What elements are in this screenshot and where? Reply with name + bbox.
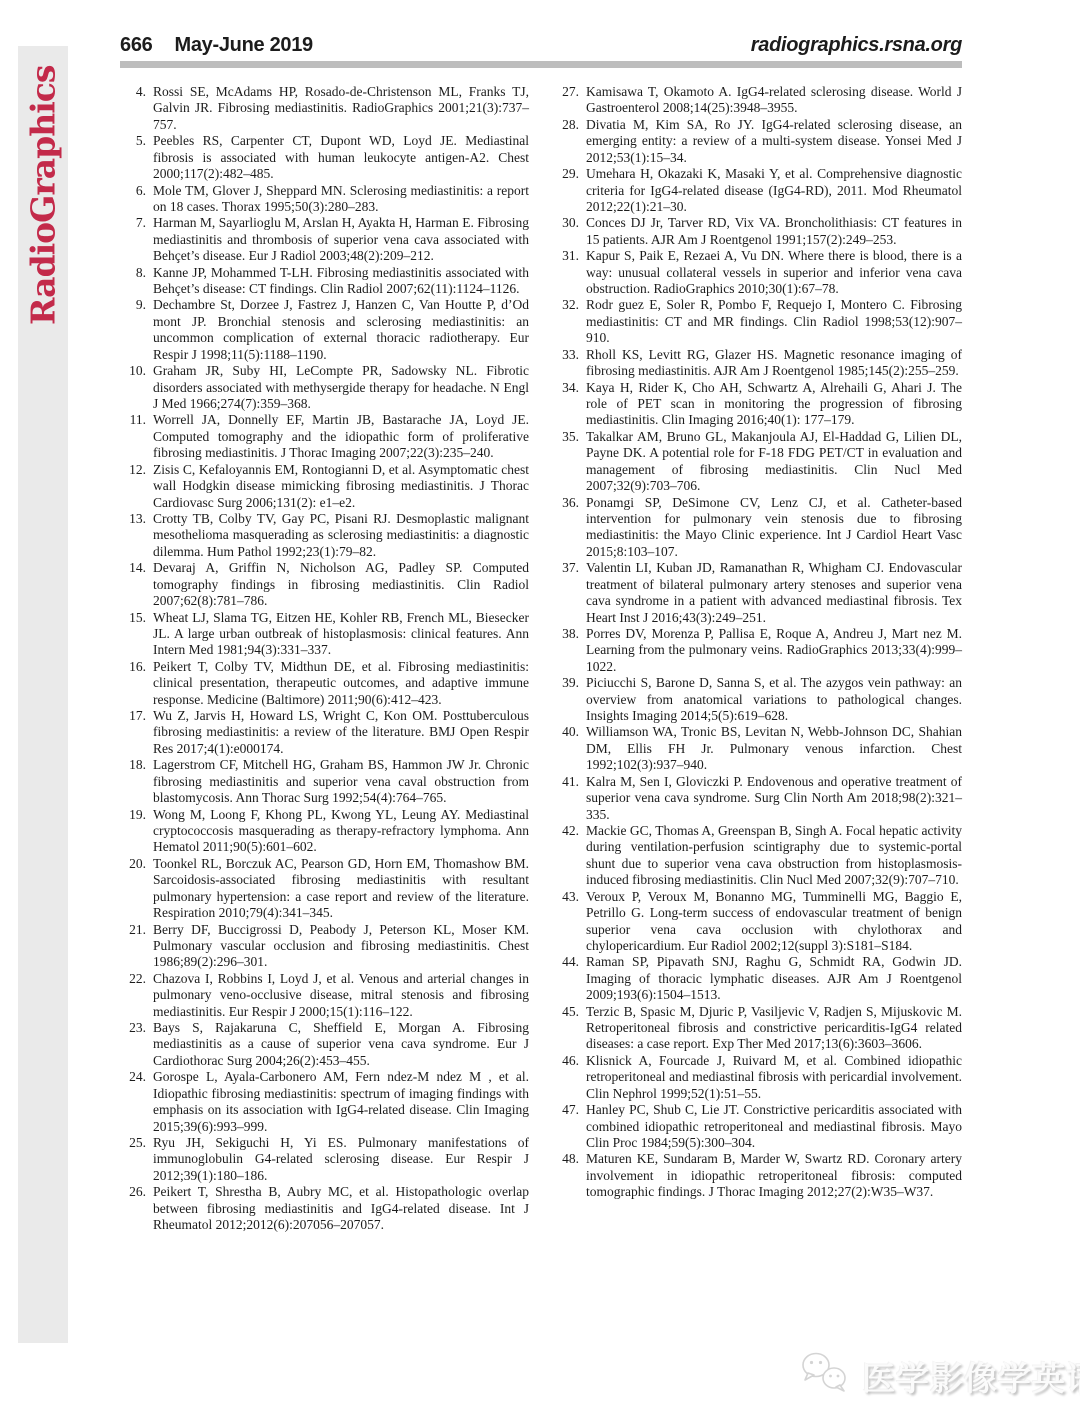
reference-number: 48. [553, 1151, 579, 1167]
reference-number: 34. [553, 380, 579, 396]
reference-number: 40. [553, 724, 579, 740]
reference-number: 10. [120, 363, 146, 379]
reference-text: Ryu JH, Sekiguchi H, Yi ES. Pulmonary ma… [153, 1135, 529, 1183]
reference-number: 7. [120, 215, 146, 231]
journal-website: radiographics.rsna.org [751, 34, 962, 56]
reference-number: 24. [120, 1069, 146, 1085]
reference-text: Peebles RS, Carpenter CT, Dupont WD, Loy… [153, 133, 529, 181]
reference-item: 8. Kanne JP, Mohammed T-LH. Fibrosing me… [120, 265, 529, 298]
reference-text: Peikert T, Shrestha B, Aubry MC, et al. … [153, 1184, 529, 1232]
reference-text: Kamisawa T, Okamoto A. IgG4-related scle… [586, 84, 962, 115]
reference-text: Valentin LI, Kuban JD, Ramanathan R, Whi… [586, 560, 962, 624]
reference-item: 34. Kaya H, Rider K, Cho AH, Schwartz A,… [553, 380, 962, 429]
page-header: 666May-June 2019 radiographics.rsna.org [120, 34, 962, 68]
reference-text: Veroux P, Veroux M, Bonanno MG, Tumminel… [586, 889, 962, 953]
reference-number: 44. [553, 954, 579, 970]
reference-list: 4. Rossi SE, McAdams HP, Rosado-de-Chris… [120, 84, 962, 1234]
reference-item: 47. Hanley PC, Shub C, Lie JT. Constrict… [553, 1102, 962, 1151]
reference-item: 46. Klisnick A, Fourcade J, Ruivard M, e… [553, 1053, 962, 1102]
reference-item: 28. Divatia M, Kim SA, Ro JY. IgG4-relat… [553, 117, 962, 166]
reference-text: Terzic B, Spasic M, Djuric P, Vasiljevic… [586, 1004, 962, 1052]
reference-text: Graham JR, Suby HI, LeCompte PR, Sadowsk… [153, 363, 529, 411]
reference-number: 6. [120, 183, 146, 199]
journal-logo: RadioGraphics [18, 70, 68, 320]
reference-number: 22. [120, 971, 146, 987]
reference-number: 15. [120, 610, 146, 626]
reference-number: 32. [553, 297, 579, 313]
reference-item: 11. Worrell JA, Donnelly EF, Martin JB, … [120, 412, 529, 461]
reference-item: 9. Dechambre St, Dorzee J, Fastrez J, Ha… [120, 297, 529, 363]
reference-text: Rholl KS, Levitt RG, Glazer HS. Magnetic… [586, 347, 962, 378]
reference-text: Berry DF, Buccigrossi D, Peabody J, Pete… [153, 922, 529, 970]
reference-number: 43. [553, 889, 579, 905]
page-number: 666 [120, 34, 152, 56]
reference-text: Umehara H, Okazaki K, Masaki Y, et al. C… [586, 166, 962, 214]
reference-number: 26. [120, 1184, 146, 1200]
reference-text: Rodr guez E, Soler R, Pombo F, Requejo I… [586, 297, 962, 345]
reference-number: 35. [553, 429, 579, 445]
reference-text: Klisnick A, Fourcade J, Ruivard M, et al… [586, 1053, 962, 1101]
reference-number: 13. [120, 511, 146, 527]
reference-number: 16. [120, 659, 146, 675]
reference-number: 14. [120, 560, 146, 576]
reference-item: 27. Kamisawa T, Okamoto A. IgG4-related … [553, 84, 962, 117]
reference-item: 20. Toonkel RL, Borczuk AC, Pearson GD, … [120, 856, 529, 922]
reference-item: 22. Chazova I, Robbins I, Loyd J, et al.… [120, 971, 529, 1020]
reference-text: Kapur S, Paik E, Rezaei A, Vu DN. Where … [586, 248, 962, 296]
reference-item: 45. Terzic B, Spasic M, Djuric P, Vasilj… [553, 1004, 962, 1053]
reference-item: 26. Peikert T, Shrestha B, Aubry MC, et … [120, 1184, 529, 1233]
reference-item: 10. Graham JR, Suby HI, LeCompte PR, Sad… [120, 363, 529, 412]
reference-item: 43. Veroux P, Veroux M, Bonanno MG, Tumm… [553, 889, 962, 955]
reference-number: 37. [553, 560, 579, 576]
reference-text: Harman M, Sayarlioglu M, Arslan H, Ayakt… [153, 215, 529, 263]
reference-text: Rossi SE, McAdams HP, Rosado-de-Christen… [153, 84, 529, 132]
reference-item: 16. Peikert T, Colby TV, Midthun DE, et … [120, 659, 529, 708]
reference-item: 7. Harman M, Sayarlioglu M, Arslan H, Ay… [120, 215, 529, 264]
reference-number: 29. [553, 166, 579, 182]
reference-number: 39. [553, 675, 579, 691]
reference-item: 18. Lagerstrom CF, Mitchell HG, Graham B… [120, 757, 529, 806]
reference-text: Bays S, Rajakaruna C, Sheffield E, Morga… [153, 1020, 529, 1068]
reference-text: Dechambre St, Dorzee J, Fastrez J, Hanze… [153, 297, 529, 361]
reference-text: Kaya H, Rider K, Cho AH, Schwartz A, Alr… [586, 380, 962, 428]
reference-number: 41. [553, 774, 579, 790]
reference-item: 29. Umehara H, Okazaki K, Masaki Y, et a… [553, 166, 962, 215]
reference-text: Mole TM, Glover J, Sheppard MN. Sclerosi… [153, 183, 529, 214]
watermark: 医学影像学英语 [800, 1348, 1062, 1404]
reference-number: 18. [120, 757, 146, 773]
reference-number: 36. [553, 495, 579, 511]
reference-number: 21. [120, 922, 146, 938]
reference-number: 47. [553, 1102, 579, 1118]
reference-number: 23. [120, 1020, 146, 1036]
reference-text: Zisis C, Kefaloyannis EM, Rontogianni D,… [153, 462, 529, 510]
wechat-icon [800, 1351, 854, 1402]
reference-item: 39. Piciucchi S, Barone D, Sanna S, et a… [553, 675, 962, 724]
reference-text: Williamson WA, Tronic BS, Levitan N, Web… [586, 724, 962, 772]
reference-number: 12. [120, 462, 146, 478]
reference-number: 11. [120, 412, 146, 428]
reference-item: 31. Kapur S, Paik E, Rezaei A, Vu DN. Wh… [553, 248, 962, 297]
reference-item: 13. Crotty TB, Colby TV, Gay PC, Pisani … [120, 511, 529, 560]
reference-text: Toonkel RL, Borczuk AC, Pearson GD, Horn… [153, 856, 529, 920]
reference-item: 36. Ponamgi SP, DeSimone CV, Lenz CJ, et… [553, 495, 962, 561]
reference-number: 17. [120, 708, 146, 724]
reference-text: Divatia M, Kim SA, Ro JY. IgG4-related s… [586, 117, 962, 165]
reference-number: 33. [553, 347, 579, 363]
reference-item: 30. Conces DJ Jr, Tarver RD, Vix VA. Bro… [553, 215, 962, 248]
reference-number: 27. [553, 84, 579, 100]
reference-number: 45. [553, 1004, 579, 1020]
reference-text: Maturen KE, Sundaram B, Marder W, Swartz… [586, 1151, 962, 1199]
reference-item: 44. Raman SP, Pipavath SNJ, Raghu G, Sch… [553, 954, 962, 1003]
reference-number: 28. [553, 117, 579, 133]
reference-text: Raman SP, Pipavath SNJ, Raghu G, Schmidt… [586, 954, 962, 1002]
reference-number: 38. [553, 626, 579, 642]
reference-text: Chazova I, Robbins I, Loyd J, et al. Ven… [153, 971, 529, 1019]
reference-item: 32. Rodr guez E, Soler R, Pombo F, Reque… [553, 297, 962, 346]
watermark-text: 医学影像学英语 [862, 1353, 1080, 1400]
reference-text: Takalkar AM, Bruno GL, Makanjoula AJ, El… [586, 429, 962, 493]
reference-column-left: 4. Rossi SE, McAdams HP, Rosado-de-Chris… [120, 84, 529, 1234]
reference-column-right: 27. Kamisawa T, Okamoto A. IgG4-related … [553, 84, 962, 1234]
reference-number: 30. [553, 215, 579, 231]
reference-number: 20. [120, 856, 146, 872]
reference-item: 21. Berry DF, Buccigrossi D, Peabody J, … [120, 922, 529, 971]
reference-number: 46. [553, 1053, 579, 1069]
reference-text: Mackie GC, Thomas A, Greenspan B, Singh … [586, 823, 962, 887]
reference-number: 25. [120, 1135, 146, 1151]
reference-text: Crotty TB, Colby TV, Gay PC, Pisani RJ. … [153, 511, 529, 559]
reference-number: 4. [120, 84, 146, 100]
reference-number: 19. [120, 807, 146, 823]
reference-item: 12. Zisis C, Kefaloyannis EM, Rontogiann… [120, 462, 529, 511]
reference-item: 6. Mole TM, Glover J, Sheppard MN. Scler… [120, 183, 529, 216]
reference-item: 24. Gorospe L, Ayala-Carbonero AM, Fern … [120, 1069, 529, 1135]
reference-text: Kalra M, Sen I, Gloviczki P. Endovenous … [586, 774, 962, 822]
reference-item: 4. Rossi SE, McAdams HP, Rosado-de-Chris… [120, 84, 529, 133]
reference-text: Conces DJ Jr, Tarver RD, Vix VA. Broncho… [586, 215, 962, 246]
reference-text: Wu Z, Jarvis H, Howard LS, Wright C, Kon… [153, 708, 529, 756]
reference-text: Peikert T, Colby TV, Midthun DE, et al. … [153, 659, 529, 707]
reference-item: 25. Ryu JH, Sekiguchi H, Yi ES. Pulmonar… [120, 1135, 529, 1184]
reference-item: 33. Rholl KS, Levitt RG, Glazer HS. Magn… [553, 347, 962, 380]
issue-date: May-June 2019 [174, 34, 312, 56]
reference-item: 42. Mackie GC, Thomas A, Greenspan B, Si… [553, 823, 962, 889]
reference-item: 15. Wheat LJ, Slama TG, Eitzen HE, Kohle… [120, 610, 529, 659]
folio: 666May-June 2019 [120, 34, 313, 56]
reference-item: 14. Devaraj A, Griffin N, Nicholson AG, … [120, 560, 529, 609]
reference-item: 35. Takalkar AM, Bruno GL, Makanjoula AJ… [553, 429, 962, 495]
reference-text: Gorospe L, Ayala-Carbonero AM, Fern ndez… [153, 1069, 529, 1133]
reference-number: 31. [553, 248, 579, 264]
reference-item: 41. Kalra M, Sen I, Gloviczki P. Endoven… [553, 774, 962, 823]
reference-text: Wheat LJ, Slama TG, Eitzen HE, Kohler RB… [153, 610, 529, 658]
reference-number: 8. [120, 265, 146, 281]
reference-text: Hanley PC, Shub C, Lie JT. Constrictive … [586, 1102, 962, 1150]
reference-number: 5. [120, 133, 146, 149]
reference-number: 9. [120, 297, 146, 313]
header-rule [120, 61, 962, 68]
reference-item: 19. Wong M, Loong F, Khong PL, Kwong YL,… [120, 807, 529, 856]
reference-item: 37. Valentin LI, Kuban JD, Ramanathan R,… [553, 560, 962, 626]
reference-text: Worrell JA, Donnelly EF, Martin JB, Bast… [153, 412, 529, 460]
reference-text: Lagerstrom CF, Mitchell HG, Graham BS, H… [153, 757, 529, 805]
reference-item: 23. Bays S, Rajakaruna C, Sheffield E, M… [120, 1020, 529, 1069]
reference-text: Ponamgi SP, DeSimone CV, Lenz CJ, et al.… [586, 495, 962, 559]
reference-text: Wong M, Loong F, Khong PL, Kwong YL, Leu… [153, 807, 529, 855]
reference-item: 40. Williamson WA, Tronic BS, Levitan N,… [553, 724, 962, 773]
reference-text: Devaraj A, Griffin N, Nicholson AG, Padl… [153, 560, 529, 608]
reference-item: 5. Peebles RS, Carpenter CT, Dupont WD, … [120, 133, 529, 182]
reference-number: 42. [553, 823, 579, 839]
reference-item: 17. Wu Z, Jarvis H, Howard LS, Wright C,… [120, 708, 529, 757]
reference-item: 48. Maturen KE, Sundaram B, Marder W, Sw… [553, 1151, 962, 1200]
reference-text: Piciucchi S, Barone D, Sanna S, et al. T… [586, 675, 962, 723]
reference-text: Porres DV, Morenza P, Pallisa E, Roque A… [586, 626, 962, 674]
reference-item: 38. Porres DV, Morenza P, Pallisa E, Roq… [553, 626, 962, 675]
reference-text: Kanne JP, Mohammed T-LH. Fibrosing media… [153, 265, 529, 296]
